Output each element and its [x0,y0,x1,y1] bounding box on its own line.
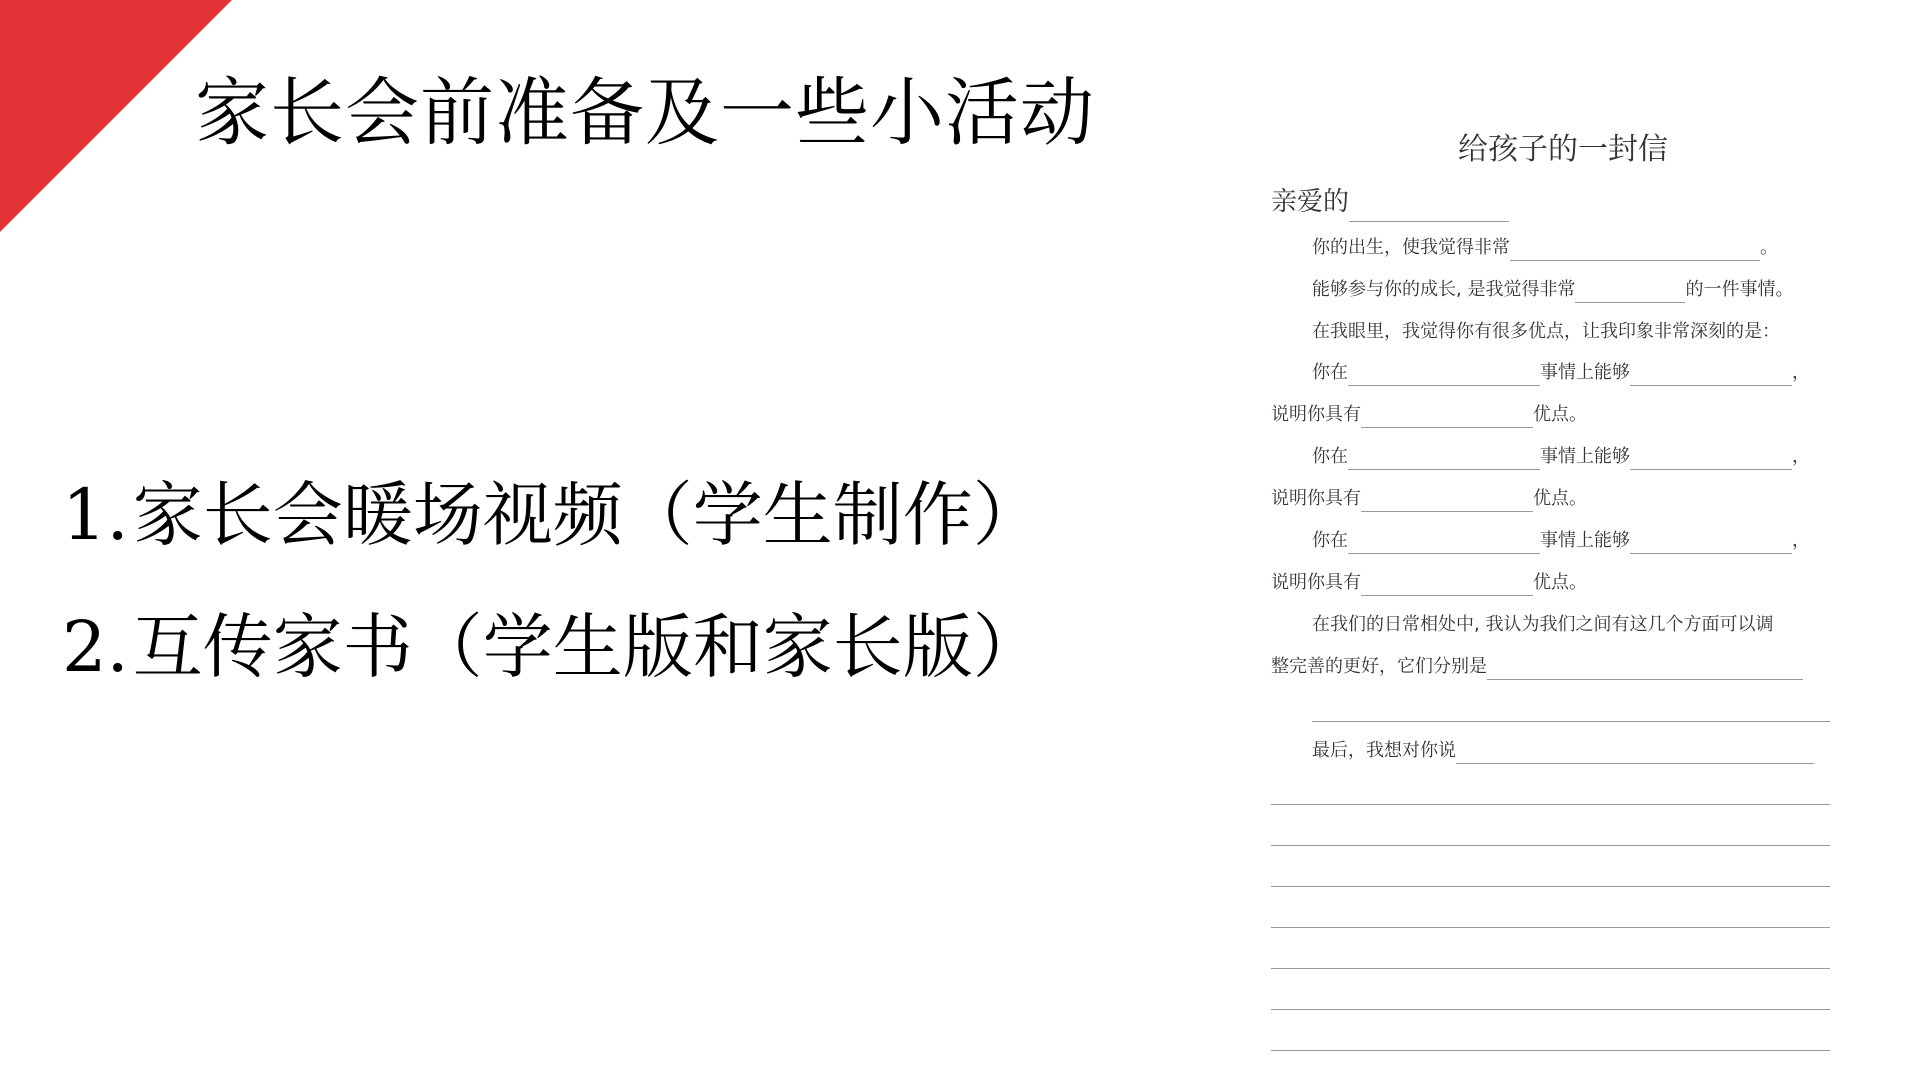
agenda-number: 2. [62,606,129,688]
line-text: 整完善的更好，它们分别是 [1271,654,1487,680]
fill-blank [1348,531,1540,554]
agenda-item-1: 1.家长会暖场视频（学生制作） [62,470,1043,560]
agenda-number: 1. [62,474,129,556]
line-text: 说明你具有 [1271,486,1361,512]
line-text: ， [1792,360,1810,386]
line-text: 你在 [1312,360,1348,386]
line-text: 你在 [1312,528,1348,554]
line-text: 能够参与你的成长, 是我觉得非常 [1312,277,1575,303]
letter-line-nizai-1: 你在 事情上能够 ， [1312,360,1810,386]
fill-blank [1361,489,1533,512]
line-text: 优点。 [1533,570,1587,596]
fill-blank [1630,363,1792,386]
letter-line-3: 在我眼里，我觉得你有很多优点，让我印象非常深刻的是： [1312,319,1780,345]
line-text: 在我们的日常相处中, 我认为我们之间有这几个方面可以调 [1312,612,1773,638]
letter-line-nizai-3: 你在 事情上能够 ， [1312,528,1810,554]
letter-line-11: 整完善的更好，它们分别是 [1271,654,1803,680]
letter-line-13: 最后，我想对你说 [1312,738,1814,764]
agenda-item-2: 2.互传家书（学生版和家长版） [62,602,1043,692]
line-text: 最后，我想对你说 [1312,738,1456,764]
line-text: 。 [1760,235,1778,261]
agenda-text: 互传家书（学生版和家长版） [133,606,1043,688]
agenda-list: 1.家长会暖场视频（学生制作） 2.互传家书（学生版和家长版） [62,470,1043,734]
fill-blank [1575,280,1685,303]
letter-title: 给孩子的一封信 [1458,128,1668,172]
letter-line-shuoming-3: 说明你具有 优点。 [1271,570,1587,596]
writing-line [1271,845,1830,846]
letter-line-nizai-2: 你在 事情上能够 ， [1312,444,1810,470]
line-text: 事情上能够 [1540,360,1630,386]
fill-blank [1361,573,1533,596]
writing-line [1271,886,1830,887]
fill-blank [1487,657,1803,680]
line-text: 的一件事情。 [1685,277,1793,303]
line-text: 你的出生，使我觉得非常 [1312,235,1510,261]
writing-line [1271,968,1830,969]
line-text: 事情上能够 [1540,444,1630,470]
fill-blank [1348,363,1540,386]
fill-blank [1510,238,1760,261]
letter-line-shuoming-1: 说明你具有 优点。 [1271,402,1587,428]
writing-line [1312,721,1830,722]
slide-title: 家长会前准备及一些小活动 [195,68,1095,158]
line-text: 说明你具有 [1271,570,1361,596]
line-text: 说明你具有 [1271,402,1361,428]
letter-line-1: 你的出生，使我觉得非常 。 [1312,235,1778,261]
line-text: 优点。 [1533,486,1587,512]
greeting-text: 亲爱的 [1271,182,1349,222]
letter-line-10: 在我们的日常相处中, 我认为我们之间有这几个方面可以调 [1312,612,1773,638]
agenda-text: 家长会暖场视频（学生制作） [133,474,1043,556]
fill-blank [1456,741,1814,764]
fill-blank [1630,531,1792,554]
line-text: 事情上能够 [1540,528,1630,554]
line-text: ， [1792,444,1810,470]
writing-line [1271,927,1830,928]
line-text: ， [1792,528,1810,554]
letter-line-2: 能够参与你的成长, 是我觉得非常 的一件事情。 [1312,277,1793,303]
writing-line [1271,1009,1830,1010]
letter-line-shuoming-2: 说明你具有 优点。 [1271,486,1587,512]
writing-line [1271,1050,1830,1051]
line-text: 在我眼里，我觉得你有很多优点，让我印象非常深刻的是： [1312,319,1780,345]
fill-blank [1348,447,1540,470]
letter-greeting: 亲爱的 [1271,182,1509,222]
fill-blank [1630,447,1792,470]
writing-line [1271,804,1830,805]
line-text: 你在 [1312,444,1348,470]
name-blank [1349,193,1509,222]
line-text: 优点。 [1533,402,1587,428]
fill-blank [1361,405,1533,428]
